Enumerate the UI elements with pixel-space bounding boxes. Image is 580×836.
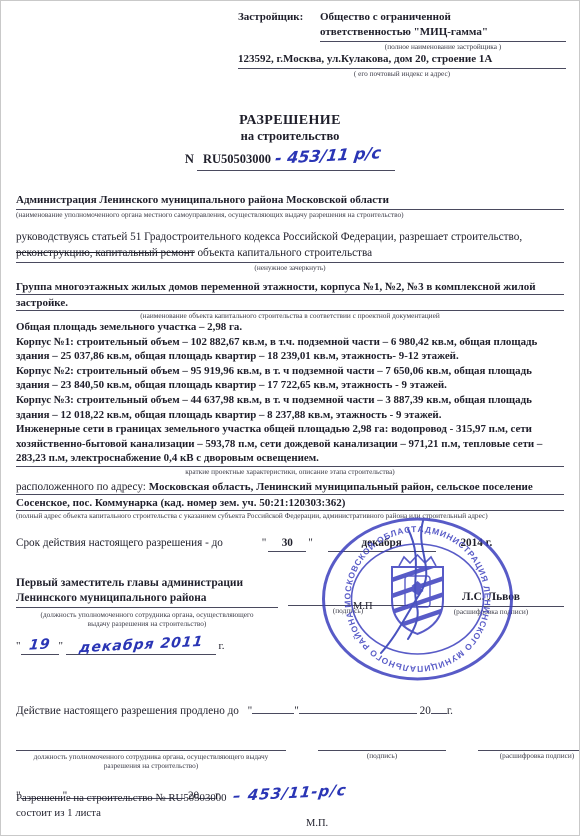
authority-caption: (наименование уполномоченного органа мес… (16, 210, 564, 219)
extension-position-caption: должность уполномоченного сотрудника орг… (16, 751, 286, 770)
struck-options-text: реконструкцию, капитальный ремонт (16, 247, 195, 259)
close-quote: " (59, 640, 64, 652)
close-quote: " (308, 537, 313, 549)
signer-position-caption: (должность уполномоченного сотрудника ор… (32, 610, 262, 628)
strike-caption: (ненужное зачеркнуть) (16, 263, 564, 272)
open-quote: " (262, 537, 267, 549)
developer-name-line2: ответственностью "МИЦ-гамма" (320, 25, 566, 42)
extension-year-suffix: г. (447, 705, 453, 717)
extension-signature-block: должность уполномоченного сотрудника орг… (16, 749, 564, 770)
object-specs: Общая площадь земельного участка – 2,98 … (16, 320, 564, 467)
stamp-crown (399, 555, 436, 566)
spec-building-2: Корпус №2: строительный объем – 95 919,9… (16, 364, 564, 393)
issue-date-month-year: декабря 2011 (78, 635, 204, 657)
issue-date-day: 19 (28, 637, 51, 653)
permit-number-printed: RU50503000 (203, 152, 271, 166)
legal-basis: руководствуясь статьей 51 Градостроитель… (16, 229, 564, 263)
object-name: Группа многоэтажных жилых домов переменн… (16, 279, 564, 311)
extension-year-blank (431, 701, 447, 714)
extension-name-caption: (расшифровка подписи) (478, 751, 580, 760)
spec-building-1: Корпус №1: строительный объем – 102 882,… (16, 335, 564, 364)
permit-document-page: Застройщик: Общество с ограниченной отве… (0, 0, 580, 836)
extension-month-blank (299, 701, 417, 714)
permit-number-handwritten: - 453/11 р/с (274, 143, 382, 169)
developer-address: 123592, г.Москва, ул.Кулакова, дом 20, с… (238, 52, 566, 69)
spec-building-3: Корпус №3: строительный объем – 44 637,9… (16, 393, 564, 422)
permit-number-prefix: N (185, 152, 194, 166)
object-block: Группа многоэтажных жилых домов переменн… (16, 279, 564, 520)
document-title: РАЗРЕШЕНИЕ на строительство N RU50503000… (16, 112, 564, 171)
object-address-label: расположенного по адресу: (16, 481, 149, 493)
basis-text-line1: руководствуясь статьей 51 Градостроитель… (16, 231, 522, 243)
issue-date-suffix: г. (219, 640, 225, 652)
extension-label: Действие настоящего разрешения продлено … (16, 705, 239, 717)
developer-name-line1: Общество с ограниченной (320, 10, 566, 25)
developer-block: Застройщик: Общество с ограниченной отве… (238, 10, 566, 78)
signer-position-line1: Первый заместитель главы администрации (16, 576, 278, 591)
validity-label: Срок действия настоящего разрешения - до (16, 537, 223, 549)
issue-date-row: "19" декабря 2011 г. (16, 638, 278, 655)
authority-block: Администрация Ленинского муниципального … (16, 193, 564, 272)
developer-label: Застройщик: (238, 10, 320, 51)
object-name-caption: (наименование объекта капитального строи… (16, 311, 564, 320)
object-address-row: расположенного по адресу: Московская обл… (16, 479, 564, 511)
extension-row: Действие настоящего разрешения продлено … (16, 701, 564, 719)
specs-caption: краткие проектные характеристики, описан… (16, 467, 564, 476)
developer-address-caption: ( его почтовый индекс и адрес) (238, 69, 566, 78)
basis-text-tail: объекта капитального строительства (195, 247, 372, 259)
signer-position-line2: Ленинского муниципального района (16, 591, 278, 608)
official-stamp: АДМИНИСТРАЦИЯ ЛЕНИНСКОГО МУНИЦИПАЛЬНОГО … (319, 515, 516, 683)
footer-sheet-count: состоит из 1 листа (16, 806, 346, 821)
footer: Разрешение на строительство № RU50503000… (16, 789, 346, 821)
extension-day-blank (252, 701, 294, 714)
spec-utilities: Инженерные сети в границах земельного уч… (16, 422, 564, 466)
footer-permit-number: Разрешение на строительство № RU50503000 (16, 792, 227, 804)
permit-number-row: N RU50503000- 453/11 р/с (16, 148, 564, 171)
validity-day: 30 (268, 536, 306, 552)
footer-permit-number-handwritten: – 453/11-р/с (232, 783, 347, 804)
title-line2: на строительство (16, 129, 564, 144)
spec-land-area: Общая площадь земельного участка – 2,98 … (16, 320, 564, 335)
extension-year-prefix: 20 (420, 705, 431, 717)
stamp-shield-stripes (377, 557, 459, 649)
authority-name: Администрация Ленинского муниципального … (16, 193, 564, 210)
developer-name-caption: (полное наименование застройщика ) (320, 42, 566, 51)
title-line1: РАЗРЕШЕНИЕ (16, 112, 564, 129)
extension-signature-caption: (подпись) (318, 751, 446, 760)
